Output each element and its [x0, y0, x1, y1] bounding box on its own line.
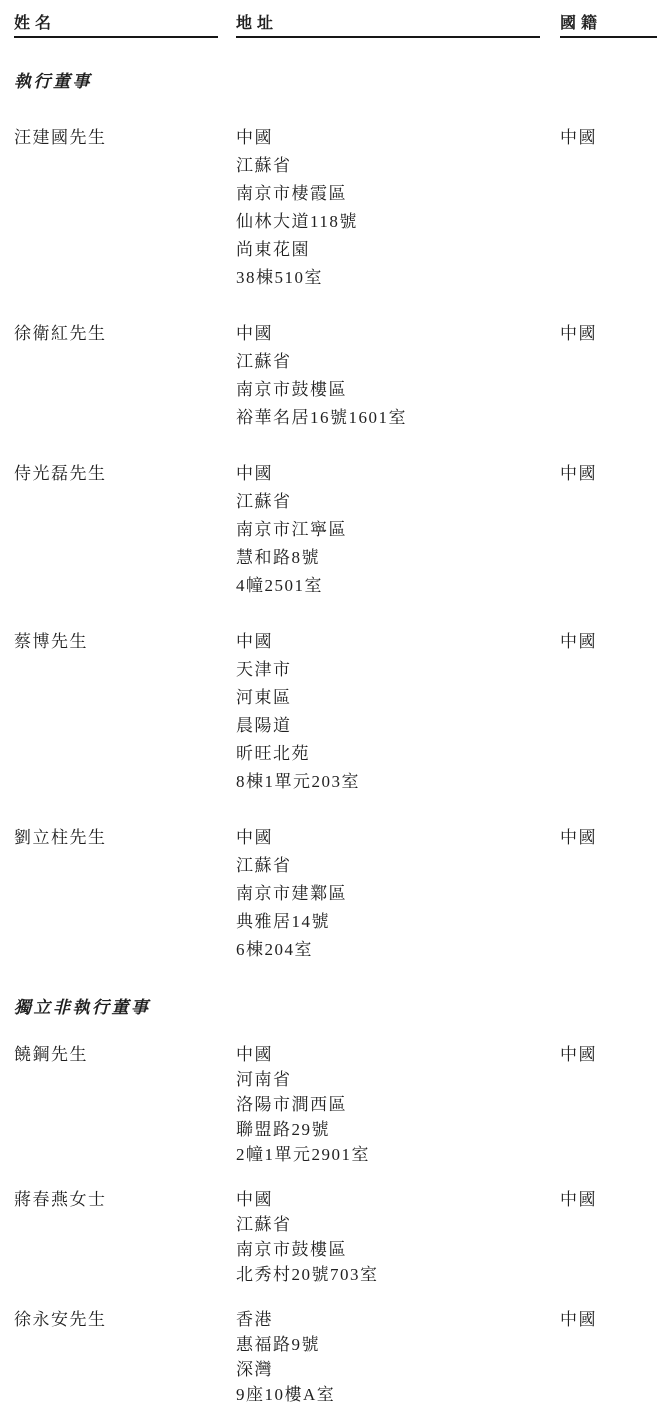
director-address: 中國 天津市 河東區 晨陽道 昕旺北苑 8棟1單元203室 [236, 628, 560, 796]
column-header-address-cell: 地址 [236, 15, 560, 38]
director-row: 饒鋼先生 中國 河南省 洛陽市澗西區 聯盟路29號 2幢1單元2901室 中國 [14, 1042, 657, 1167]
director-address: 中國 江蘇省 南京市棲霞區 仙林大道118號 尚東花園 38棟510室 [236, 124, 560, 292]
section-independent-non-executive-directors: 獨立非執行董事 饒鋼先生 中國 河南省 洛陽市澗西區 聯盟路29號 2幢1單元2… [14, 994, 657, 1407]
director-name: 饒鋼先生 [14, 1042, 236, 1167]
director-nationality: 中國 [560, 124, 657, 292]
column-header-address: 地址 [236, 15, 278, 32]
director-row: 徐衛紅先生 中國 江蘇省 南京市鼓樓區 裕華名居16號1601室 中國 [14, 320, 657, 432]
director-row: 蔣春燕女士 中國 江蘇省 南京市鼓樓區 北秀村20號703室 中國 [14, 1187, 657, 1287]
director-nationality: 中國 [560, 460, 657, 600]
director-nationality: 中國 [560, 1042, 657, 1167]
column-header-name-cell: 姓名 [14, 15, 236, 38]
director-nationality: 中國 [560, 1187, 657, 1287]
director-name: 蔣春燕女士 [14, 1187, 236, 1287]
director-nationality: 中國 [560, 824, 657, 964]
director-address: 中國 江蘇省 南京市鼓樓區 裕華名居16號1601室 [236, 320, 560, 432]
director-address: 中國 江蘇省 南京市江寧區 慧和路8號 4幢2501室 [236, 460, 560, 600]
director-address: 中國 河南省 洛陽市澗西區 聯盟路29號 2幢1單元2901室 [236, 1042, 560, 1167]
director-address: 中國 江蘇省 南京市建鄴區 典雅居14號 6棟204室 [236, 824, 560, 964]
director-nationality: 中國 [560, 320, 657, 432]
column-header-nationality-cell: 國籍 [560, 15, 657, 38]
section-executive-directors: 執行董事 汪建國先生 中國 江蘇省 南京市棲霞區 仙林大道118號 尚東花園 3… [14, 68, 657, 964]
section-title-executive-directors: 執行董事 [14, 68, 657, 96]
director-address: 香港 惠福路9號 深灣 9座10樓A室 [236, 1307, 560, 1407]
director-row: 徐永安先生 香港 惠福路9號 深灣 9座10樓A室 中國 [14, 1307, 657, 1407]
director-name: 蔡博先生 [14, 628, 236, 796]
column-header-nationality: 國籍 [560, 15, 602, 32]
director-row: 侍光磊先生 中國 江蘇省 南京市江寧區 慧和路8號 4幢2501室 中國 [14, 460, 657, 600]
director-name: 侍光磊先生 [14, 460, 236, 600]
director-name: 汪建國先生 [14, 124, 236, 292]
director-address: 中國 江蘇省 南京市鼓樓區 北秀村20號703室 [236, 1187, 560, 1287]
director-name: 徐永安先生 [14, 1307, 236, 1407]
director-nationality: 中國 [560, 628, 657, 796]
director-nationality: 中國 [560, 1307, 657, 1407]
director-row: 劉立柱先生 中國 江蘇省 南京市建鄴區 典雅居14號 6棟204室 中國 [14, 824, 657, 964]
director-name: 劉立柱先生 [14, 824, 236, 964]
director-name: 徐衛紅先生 [14, 320, 236, 432]
section-title-independent-non-executive-directors: 獨立非執行董事 [14, 994, 657, 1022]
table-header-row: 姓名 地址 國籍 [14, 15, 657, 38]
director-row: 汪建國先生 中國 江蘇省 南京市棲霞區 仙林大道118號 尚東花園 38棟510… [14, 124, 657, 292]
document-page: 姓名 地址 國籍 執行董事 汪建國先生 中國 江蘇省 南京市棲霞區 仙林大道11… [0, 0, 660, 1414]
column-header-name: 姓名 [14, 15, 56, 32]
director-row: 蔡博先生 中國 天津市 河東區 晨陽道 昕旺北苑 8棟1單元203室 中國 [14, 628, 657, 796]
